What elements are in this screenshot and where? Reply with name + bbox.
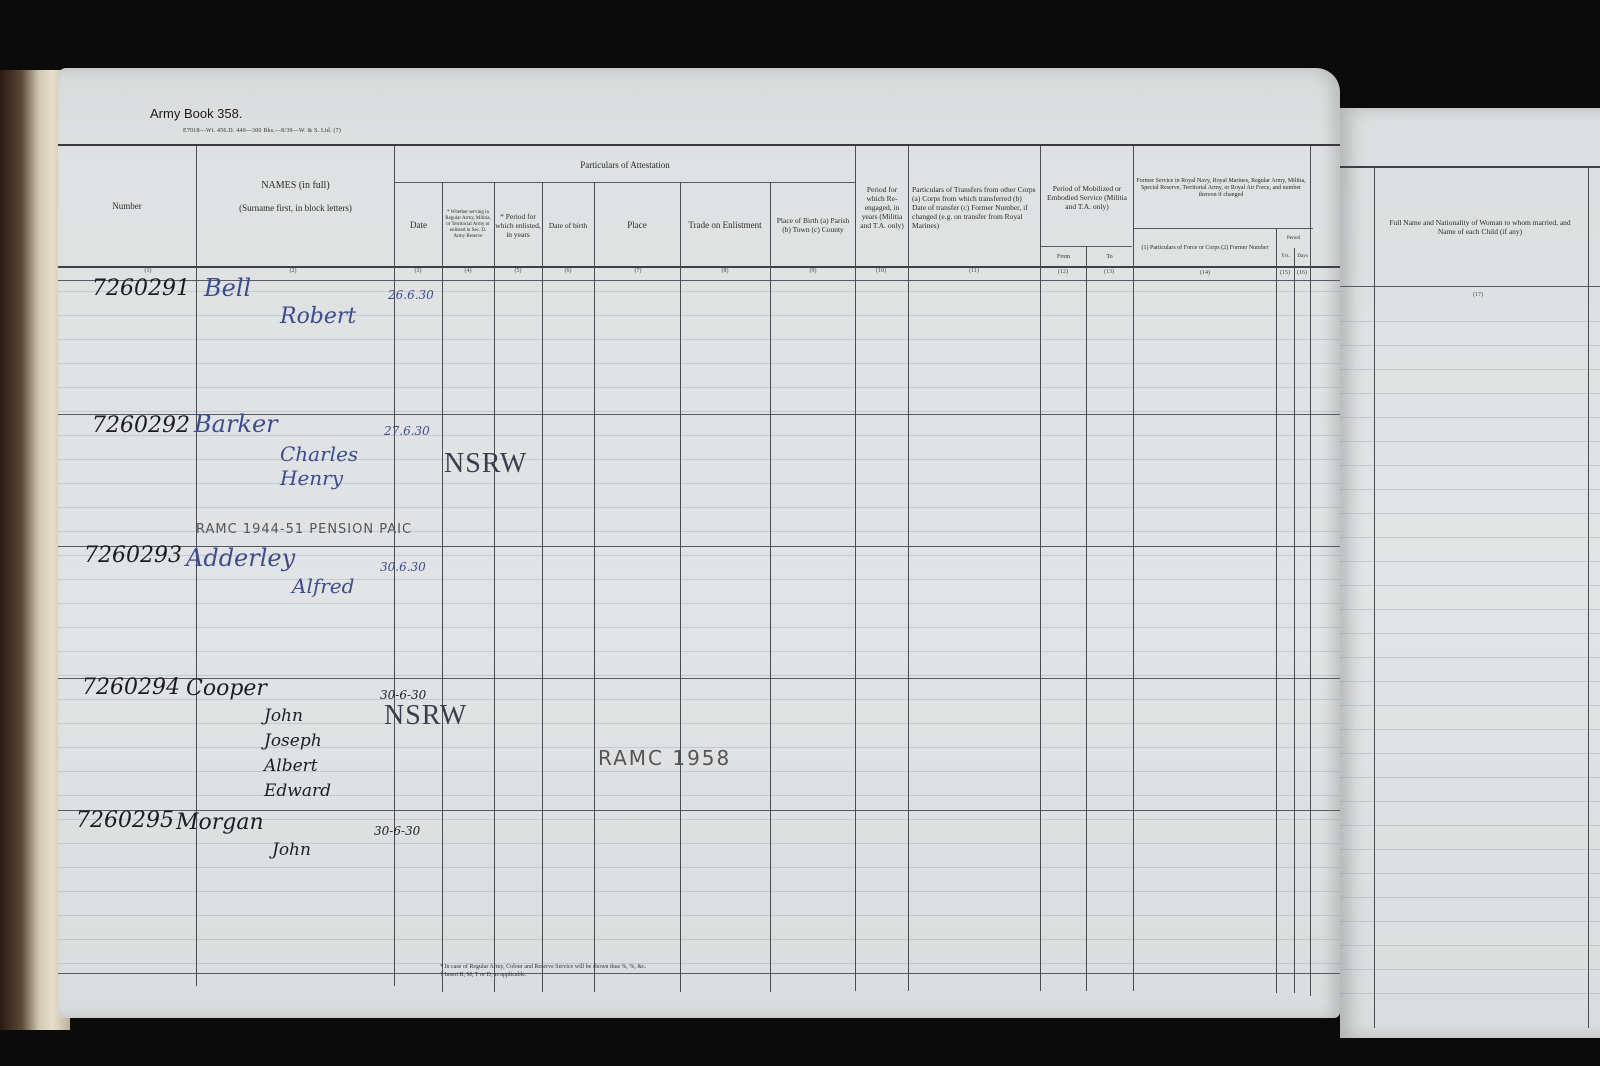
entry-number: 7260293 bbox=[84, 543, 182, 568]
col-number-label: (4) bbox=[458, 268, 478, 274]
nsrw-stamp: NSRW bbox=[384, 700, 467, 732]
col-divider bbox=[494, 182, 495, 992]
col-number-label: (7) bbox=[628, 268, 648, 274]
col-mobilized-to-header: To bbox=[1087, 247, 1132, 266]
entry-surname: Barker bbox=[194, 410, 278, 438]
col-number-label: (13) bbox=[1099, 269, 1119, 275]
attestation-group-header: Particulars of Attestation bbox=[395, 148, 855, 182]
col-yrs-header: Yrs. bbox=[1277, 248, 1294, 266]
entry-number: 7260291 bbox=[92, 276, 190, 301]
entry-surname: Bell bbox=[204, 274, 251, 302]
col-reengaged-header: Period for which Re-engaged, in years (M… bbox=[857, 148, 907, 266]
former-service-sub-rule bbox=[1133, 228, 1313, 229]
footnote-1: * In case of Regular Army, Colour and Re… bbox=[440, 964, 646, 971]
entry-number: 7260294 bbox=[82, 675, 180, 700]
top-rule bbox=[58, 144, 1340, 146]
col-names-header: NAMES (in full) bbox=[208, 176, 383, 196]
col-number-label: (10) bbox=[871, 268, 891, 274]
col-number-label: (8) bbox=[715, 268, 735, 274]
entry-forename: Henry bbox=[280, 466, 343, 490]
col-mobilized-from-header: From bbox=[1041, 247, 1086, 266]
col-mobilized-header: Period of Mobilized or Embodied Service … bbox=[1042, 148, 1132, 246]
col-birthplace-header: Place of Birth (a) Parish (b) Town (c) C… bbox=[774, 184, 852, 266]
col-divider bbox=[855, 146, 856, 991]
entry-forename: Joseph bbox=[264, 731, 322, 751]
entry-forename: John bbox=[272, 840, 311, 860]
col-divider bbox=[1276, 228, 1277, 993]
print-code: E7018—Wt. 456.D. 440—300 Bks.—8/39—W. & … bbox=[183, 128, 341, 134]
col-place-header: Place bbox=[595, 184, 679, 266]
col-divider bbox=[770, 182, 771, 992]
right-page: Full Name and Nationality of Woman to wh… bbox=[1340, 108, 1600, 1038]
col-divider bbox=[594, 182, 595, 992]
col-divider bbox=[908, 146, 909, 991]
entry-date: 30.6.30 bbox=[380, 560, 426, 574]
col-divider bbox=[1133, 146, 1134, 991]
entry-forename: Robert bbox=[280, 304, 356, 329]
col-divider bbox=[1310, 146, 1311, 996]
col-number-label: (14) bbox=[1195, 270, 1215, 276]
col-former-service-sub: (1) Particulars of Force or Corps (2) Fo… bbox=[1135, 230, 1275, 266]
col-transfers-header: Particulars of Transfers from other Corp… bbox=[912, 148, 1036, 266]
attestation-group-rule bbox=[395, 182, 855, 183]
col-number-header: Number bbox=[58, 146, 196, 266]
right-top-rule bbox=[1340, 166, 1600, 168]
entry-number: 7260292 bbox=[92, 413, 190, 438]
col-former-service-header: Former Service in Royal Navy, Royal Mari… bbox=[1136, 150, 1306, 226]
col-number-label: (9) bbox=[803, 268, 823, 274]
footnote-2: † Insert R, M, T or D, as applicable. bbox=[440, 972, 526, 979]
entry-forename: John bbox=[264, 706, 303, 726]
col-date-header: Date bbox=[395, 184, 442, 266]
pencil-annotation: RAMC 1958 bbox=[598, 746, 731, 770]
col-number-label: (16) bbox=[1294, 270, 1310, 276]
col-number-label: (11) bbox=[964, 268, 984, 274]
col-divider bbox=[542, 182, 543, 992]
book-title: Army Book 358. bbox=[150, 106, 243, 121]
entry-surname: Morgan bbox=[176, 810, 264, 835]
entry-forename: Albert bbox=[264, 756, 318, 776]
col-days-header: Days bbox=[1295, 248, 1310, 266]
pencil-annotation: RAMC 1944-51 PENSION PAIC bbox=[196, 522, 412, 537]
col-period-header: Period bbox=[1277, 230, 1310, 248]
col-dob-header: Date of birth bbox=[544, 184, 592, 266]
col-trade-header: Trade on Enlistment bbox=[681, 184, 769, 266]
ruled-lines bbox=[58, 268, 1340, 978]
entry-forename: Edward bbox=[264, 781, 331, 801]
entry-surname: Cooper bbox=[186, 676, 267, 701]
col-period-enlisted-header: * Period for which enlisted, in years bbox=[495, 184, 541, 266]
col-divider bbox=[442, 182, 443, 992]
entry-forename: Charles bbox=[280, 442, 358, 466]
entry-date: 27.6.30 bbox=[384, 424, 430, 438]
col-number-label: (5) bbox=[508, 268, 528, 274]
col-divider bbox=[1086, 246, 1087, 991]
col-number-label: (2) bbox=[283, 268, 303, 274]
col-number-label: (12) bbox=[1053, 269, 1073, 275]
col-names-subheader: (Surname first, in block letters) bbox=[208, 198, 383, 218]
entry-forename: Alfred bbox=[292, 574, 354, 598]
entry-number: 7260295 bbox=[76, 808, 174, 833]
col-divider bbox=[680, 182, 681, 992]
header-bottom-rule bbox=[58, 266, 1340, 268]
col-divider bbox=[1294, 248, 1295, 993]
nsrw-stamp: NSRW bbox=[444, 448, 527, 480]
right-header-rule bbox=[1340, 286, 1600, 287]
ruled-lines bbox=[1340, 298, 1600, 998]
col-wife-children-header: Full Name and Nationality of Woman to wh… bbox=[1380, 182, 1580, 272]
col-number-label: (3) bbox=[408, 268, 428, 274]
entry-date: 26.6.30 bbox=[388, 288, 434, 302]
row-separator bbox=[58, 973, 1340, 974]
left-page: Army Book 358. E7018—Wt. 456.D. 440—300 … bbox=[58, 68, 1340, 1018]
col-divider bbox=[1040, 146, 1041, 991]
entry-date: 30-6-30 bbox=[374, 824, 420, 838]
col-number-label: (1) bbox=[138, 268, 158, 274]
col-number-label: (6) bbox=[558, 268, 578, 274]
col-serving-header: * Whether serving in Regular Army, Milit… bbox=[444, 184, 492, 266]
entry-surname: Adderley bbox=[186, 544, 295, 572]
col-number-label: (15) bbox=[1276, 270, 1294, 276]
